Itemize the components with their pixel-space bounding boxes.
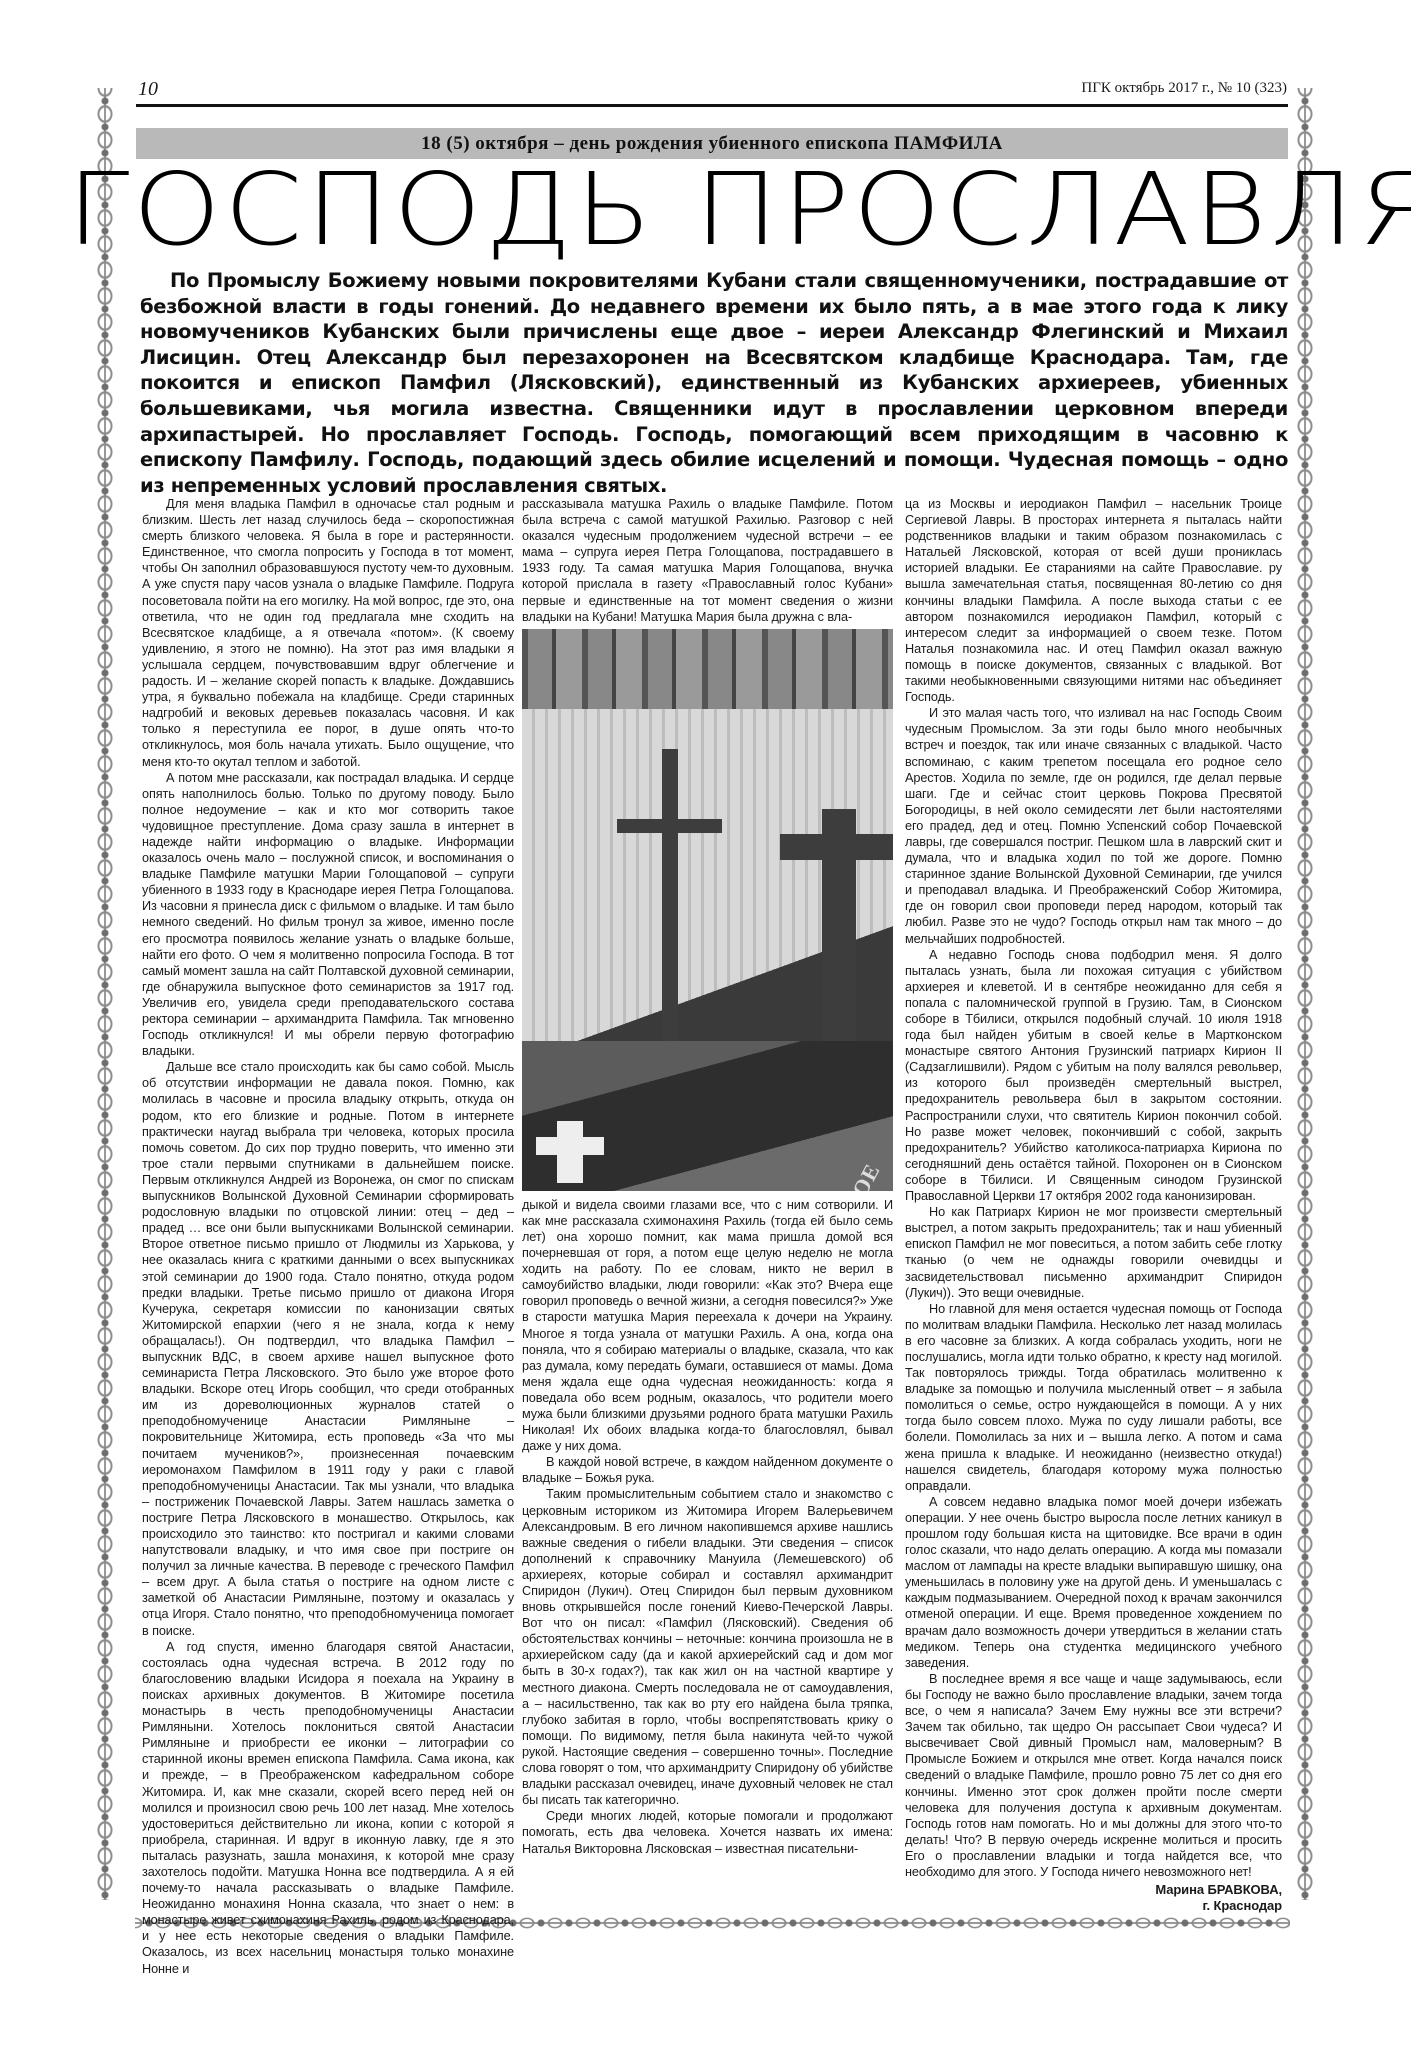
paragraph: В каждой новой встрече, в каждом найденн… xyxy=(522,1454,893,1486)
paragraph: ца из Москвы и иеродиакон Памфил – насел… xyxy=(905,496,1282,705)
page-number: 10 xyxy=(138,78,158,101)
wooden-cross xyxy=(662,749,678,1049)
paragraph: А потом мне рассказали, как пострадал вл… xyxy=(142,770,514,1060)
header-rule xyxy=(136,104,1288,107)
column-2: рассказывала матушка Рахиль о владыке Па… xyxy=(522,496,893,1857)
paragraph: А недавно Господь снова подбодрил меня. … xyxy=(905,947,1282,1205)
headline: ГОСПОДЬ ПРОСЛАВЛЯЕТ xyxy=(67,160,1357,260)
paragraph: дыкой и видела своими глазами все, что с… xyxy=(522,1197,893,1455)
paragraph: А год спустя, именно благодаря святой Ан… xyxy=(142,1639,514,1977)
paragraph: А совсем недавно владыка помог моей доче… xyxy=(905,1494,1282,1671)
chapel-photo: С ВОСКРЕСЕНИЕ ТВОЕ xyxy=(522,629,893,1191)
ornamental-border-left xyxy=(94,88,116,1900)
icons-wall xyxy=(522,629,893,709)
lead-paragraph: По Промыслу Божиему новыми покровителями… xyxy=(140,268,1288,498)
issue-info: ПГК октябрь 2017 г., № 10 (323) xyxy=(1081,80,1287,97)
paragraph: И это малая часть того, что изливал на н… xyxy=(905,705,1282,946)
large-cross-beam xyxy=(780,834,893,860)
ornamental-border-right xyxy=(1294,88,1316,1900)
paragraph: Для меня владыка Памфил в одночасье стал… xyxy=(142,496,514,770)
column-3: ца из Москвы и иеродиакон Памфил – насел… xyxy=(905,496,1282,1914)
paragraph: Но как Патриарх Кирион не мог произвести… xyxy=(905,1204,1282,1301)
paragraph: В последнее время я все чаще и чаще заду… xyxy=(905,1671,1282,1880)
column-1: Для меня владыка Памфил в одночасье стал… xyxy=(142,496,514,1977)
paragraph: Но главной для меня остается чудесная по… xyxy=(905,1301,1282,1494)
paragraph: Среди многих людей, которые помогали и п… xyxy=(522,1808,893,1856)
author-city: г. Краснодар xyxy=(905,1898,1282,1914)
paragraph: рассказывала матушка Рахиль о владыке Па… xyxy=(522,496,893,625)
tomb-cross-bar xyxy=(536,1137,604,1155)
wooden-cross-beam xyxy=(617,819,722,833)
signature: Марина БРАВКОВА, г. Краснодар xyxy=(905,1882,1282,1914)
author-name: Марина БРАВКОВА, xyxy=(905,1882,1282,1898)
paragraph: Таким промыслительным событием стало и з… xyxy=(522,1486,893,1808)
paragraph: Дальше все стало происходить как бы само… xyxy=(142,1059,514,1638)
